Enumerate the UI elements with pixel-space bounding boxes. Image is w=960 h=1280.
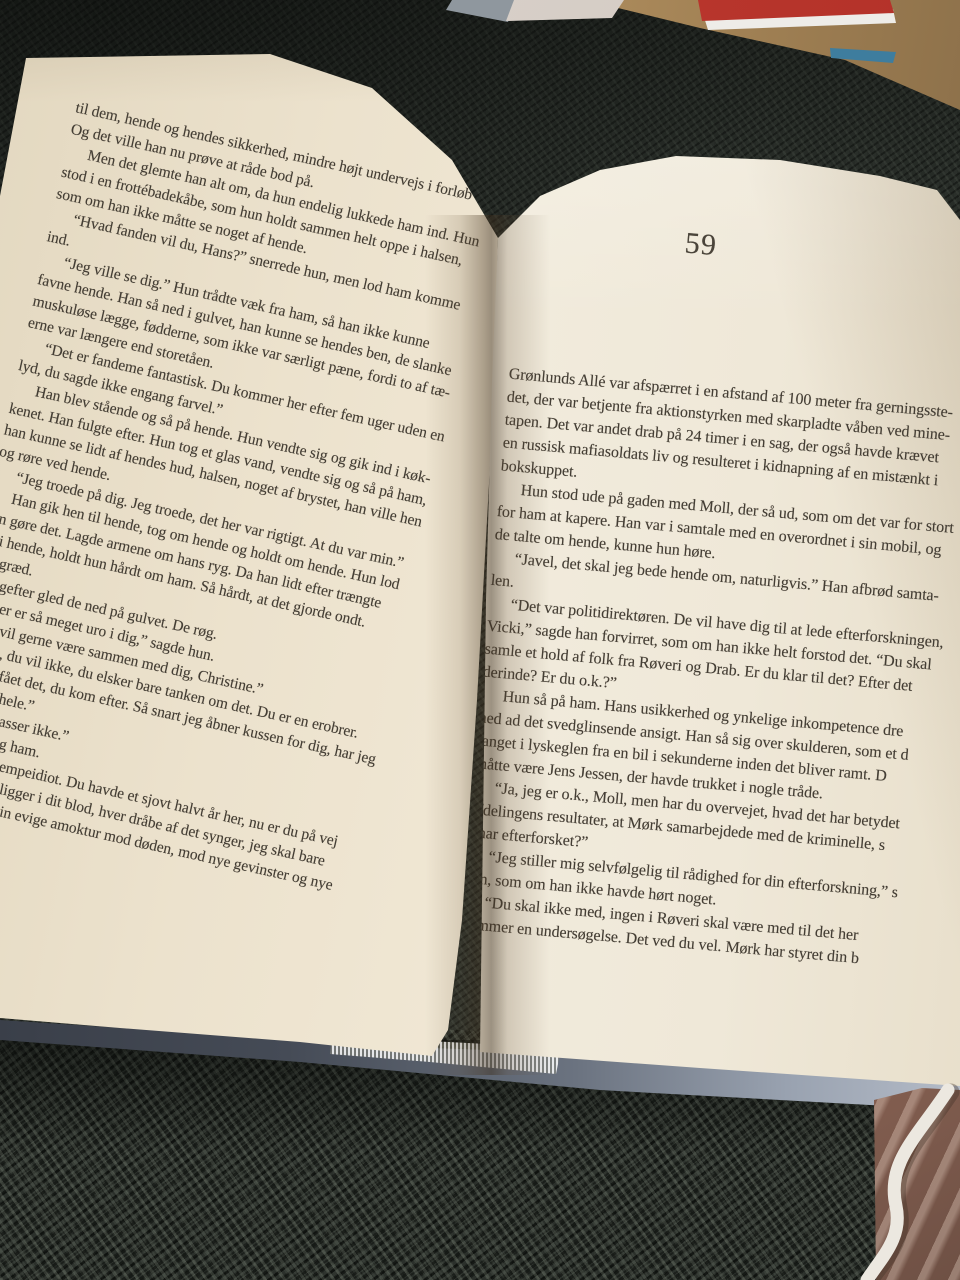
photo-open-book-scene: til dem, hende og hendes sikkerhed, mind… bbox=[0, 0, 960, 1280]
book-spine-gutter-shadow bbox=[425, 215, 550, 1075]
